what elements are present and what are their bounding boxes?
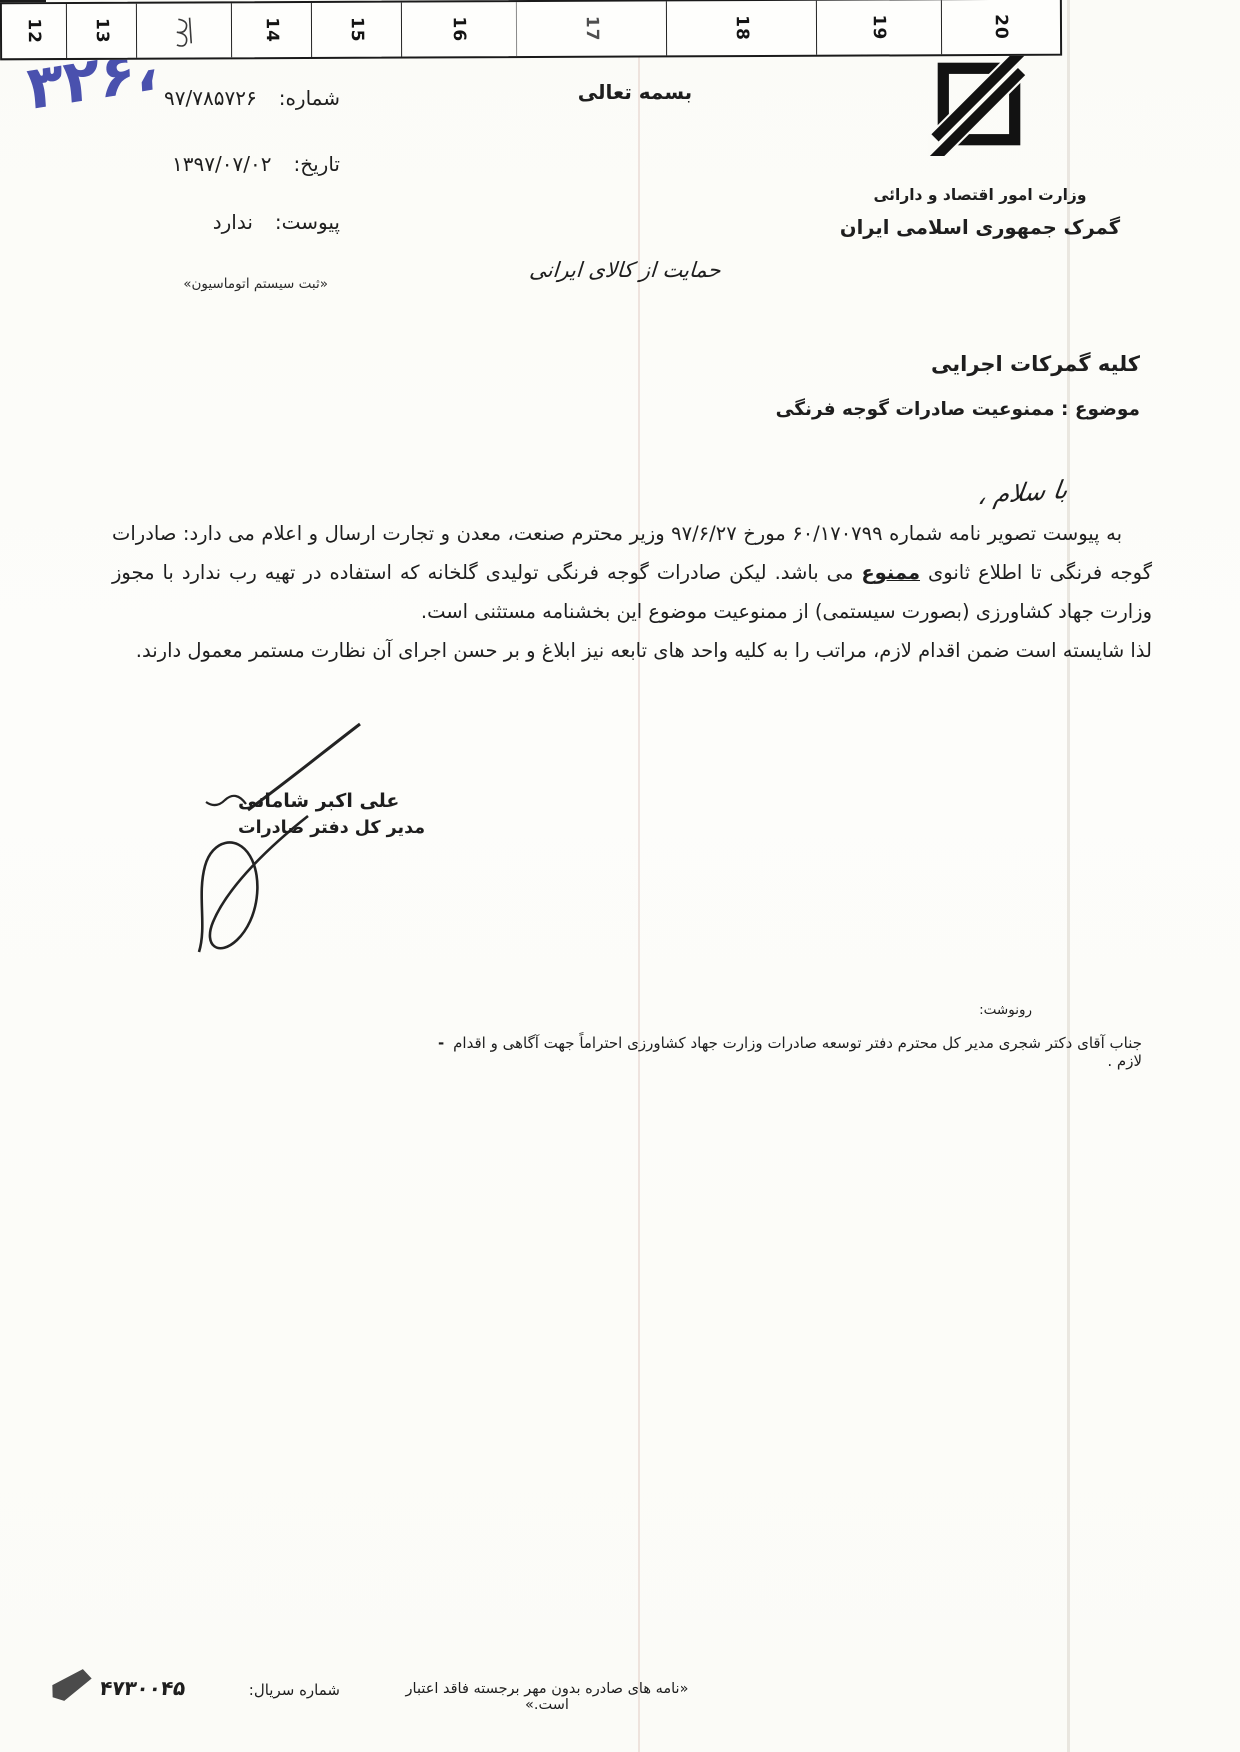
signer-title: مدیر کل دفتر صادرات [238,818,450,838]
strip-cell-handwritten [137,3,232,57]
signer-name: علی اکبر شامانی [238,790,450,812]
customs-name: گمرک جمهوری اسلامی ایران [820,216,1140,239]
date-value: ۱۳۹۷/۰۷/۰۲ [172,152,271,176]
strip-number: 15 [346,17,366,43]
forbidden-emphasis: ممنوع [861,561,920,584]
strip-number: 18 [731,15,751,41]
paper-fold-line [1067,0,1070,1752]
strip-number: 12 [24,18,44,44]
closing-paragraph: لذا شایسته است ضمن اقدام لازم، مراتب را … [112,631,1152,670]
body-text-1: به پیوست تصویر نامه شماره [883,522,1122,545]
strip-cell: 16 [402,2,517,57]
basmala-heading: بسمه تعالی [540,80,730,104]
strip-number: 19 [869,15,889,41]
number-value: ۹۷/۷۸۵۷۲۶ [164,86,257,110]
strip-cell: 13 [67,4,137,58]
ink-smudge [50,1666,96,1716]
archive-number-strip: 12 13 14 15 16 17 18 19 20 [0,0,1062,60]
year-slogan: حمایت از کالای ایرانی [479,258,771,282]
strip-number: 16 [449,16,469,42]
subject-label: موضوع : [1061,399,1140,420]
recipient-line: کلیه گمرکات اجرایی [931,352,1140,376]
strip-cell: 18 [667,1,817,56]
referenced-letter-date: ۹۷/۶/۲۷ [671,522,737,545]
automation-note: «ثبت سیستم اتوماسیون» [183,276,328,292]
referenced-letter-number: ۶۰/۱۷۰۷۹۹ [792,522,882,545]
validity-note: «نامه های صادره بدون مهر برجسته فاقد اعت… [382,1681,712,1713]
strip-cell: 14 [232,3,312,57]
handwritten-mark-icon [172,13,196,47]
strip-cell: 12 [2,4,67,58]
strip-number: 14 [261,17,281,43]
letter-body: به پیوست تصویر نامه شماره ۶۰/۱۷۰۷۹۹ مورخ… [112,514,1152,670]
subject-line: موضوع : ممنوعیت صادرات گوجه فرنگی [776,399,1140,420]
cc-dash: - [438,1034,444,1052]
serial-label: شماره سریال: [240,1681,340,1699]
number-label: شماره: [279,86,340,110]
customs-emblem-icon [928,52,1030,156]
attachment-row: پیوست: ندارد [213,210,340,234]
strip-number: 20 [991,14,1011,40]
attachment-label: پیوست: [275,210,340,234]
attachment-value: ندارد [213,210,253,234]
strip-cell: 20 [942,0,1060,54]
letter-date-row: تاریخ: ۱۳۹۷/۰۷/۰۲ [172,152,340,176]
subject-value: ممنوعیت صادرات گوجه فرنگی [776,399,1055,420]
cc-label: رونوشت: [979,1002,1032,1018]
serial-value: ۴۷۳۰۰۴۵ [98,1676,221,1700]
scanned-letter-page: ۳۲۶، شماره: ۹۷/۷۸۵۷۲۶ تاریخ: ۱۳۹۷/۰۷/۰۲ … [0,0,1240,1752]
cc-item: جناب آقای دکتر شجری مدیر کل محترم دفتر ت… [453,1034,1142,1070]
strip-number: 17 [581,16,601,42]
ministry-name: وزارت امور اقتصاد و دارائی [845,186,1115,204]
salutation: با سلام ، [976,475,1070,511]
date-label: تاریخ: [293,152,340,176]
strip-cell: 15 [312,3,402,57]
cc-line: جناب آقای دکتر شجری مدیر کل محترم دفتر ت… [430,1034,1142,1070]
body-text-2: مورخ [737,522,793,545]
body-paragraph: به پیوست تصویر نامه شماره ۶۰/۱۷۰۷۹۹ مورخ… [112,514,1152,631]
strip-number: 13 [91,18,111,44]
strip-cell: 19 [817,0,942,55]
letter-number-row: شماره: ۹۷/۷۸۵۷۲۶ [164,86,340,110]
strip-cell: 17 [517,1,667,56]
